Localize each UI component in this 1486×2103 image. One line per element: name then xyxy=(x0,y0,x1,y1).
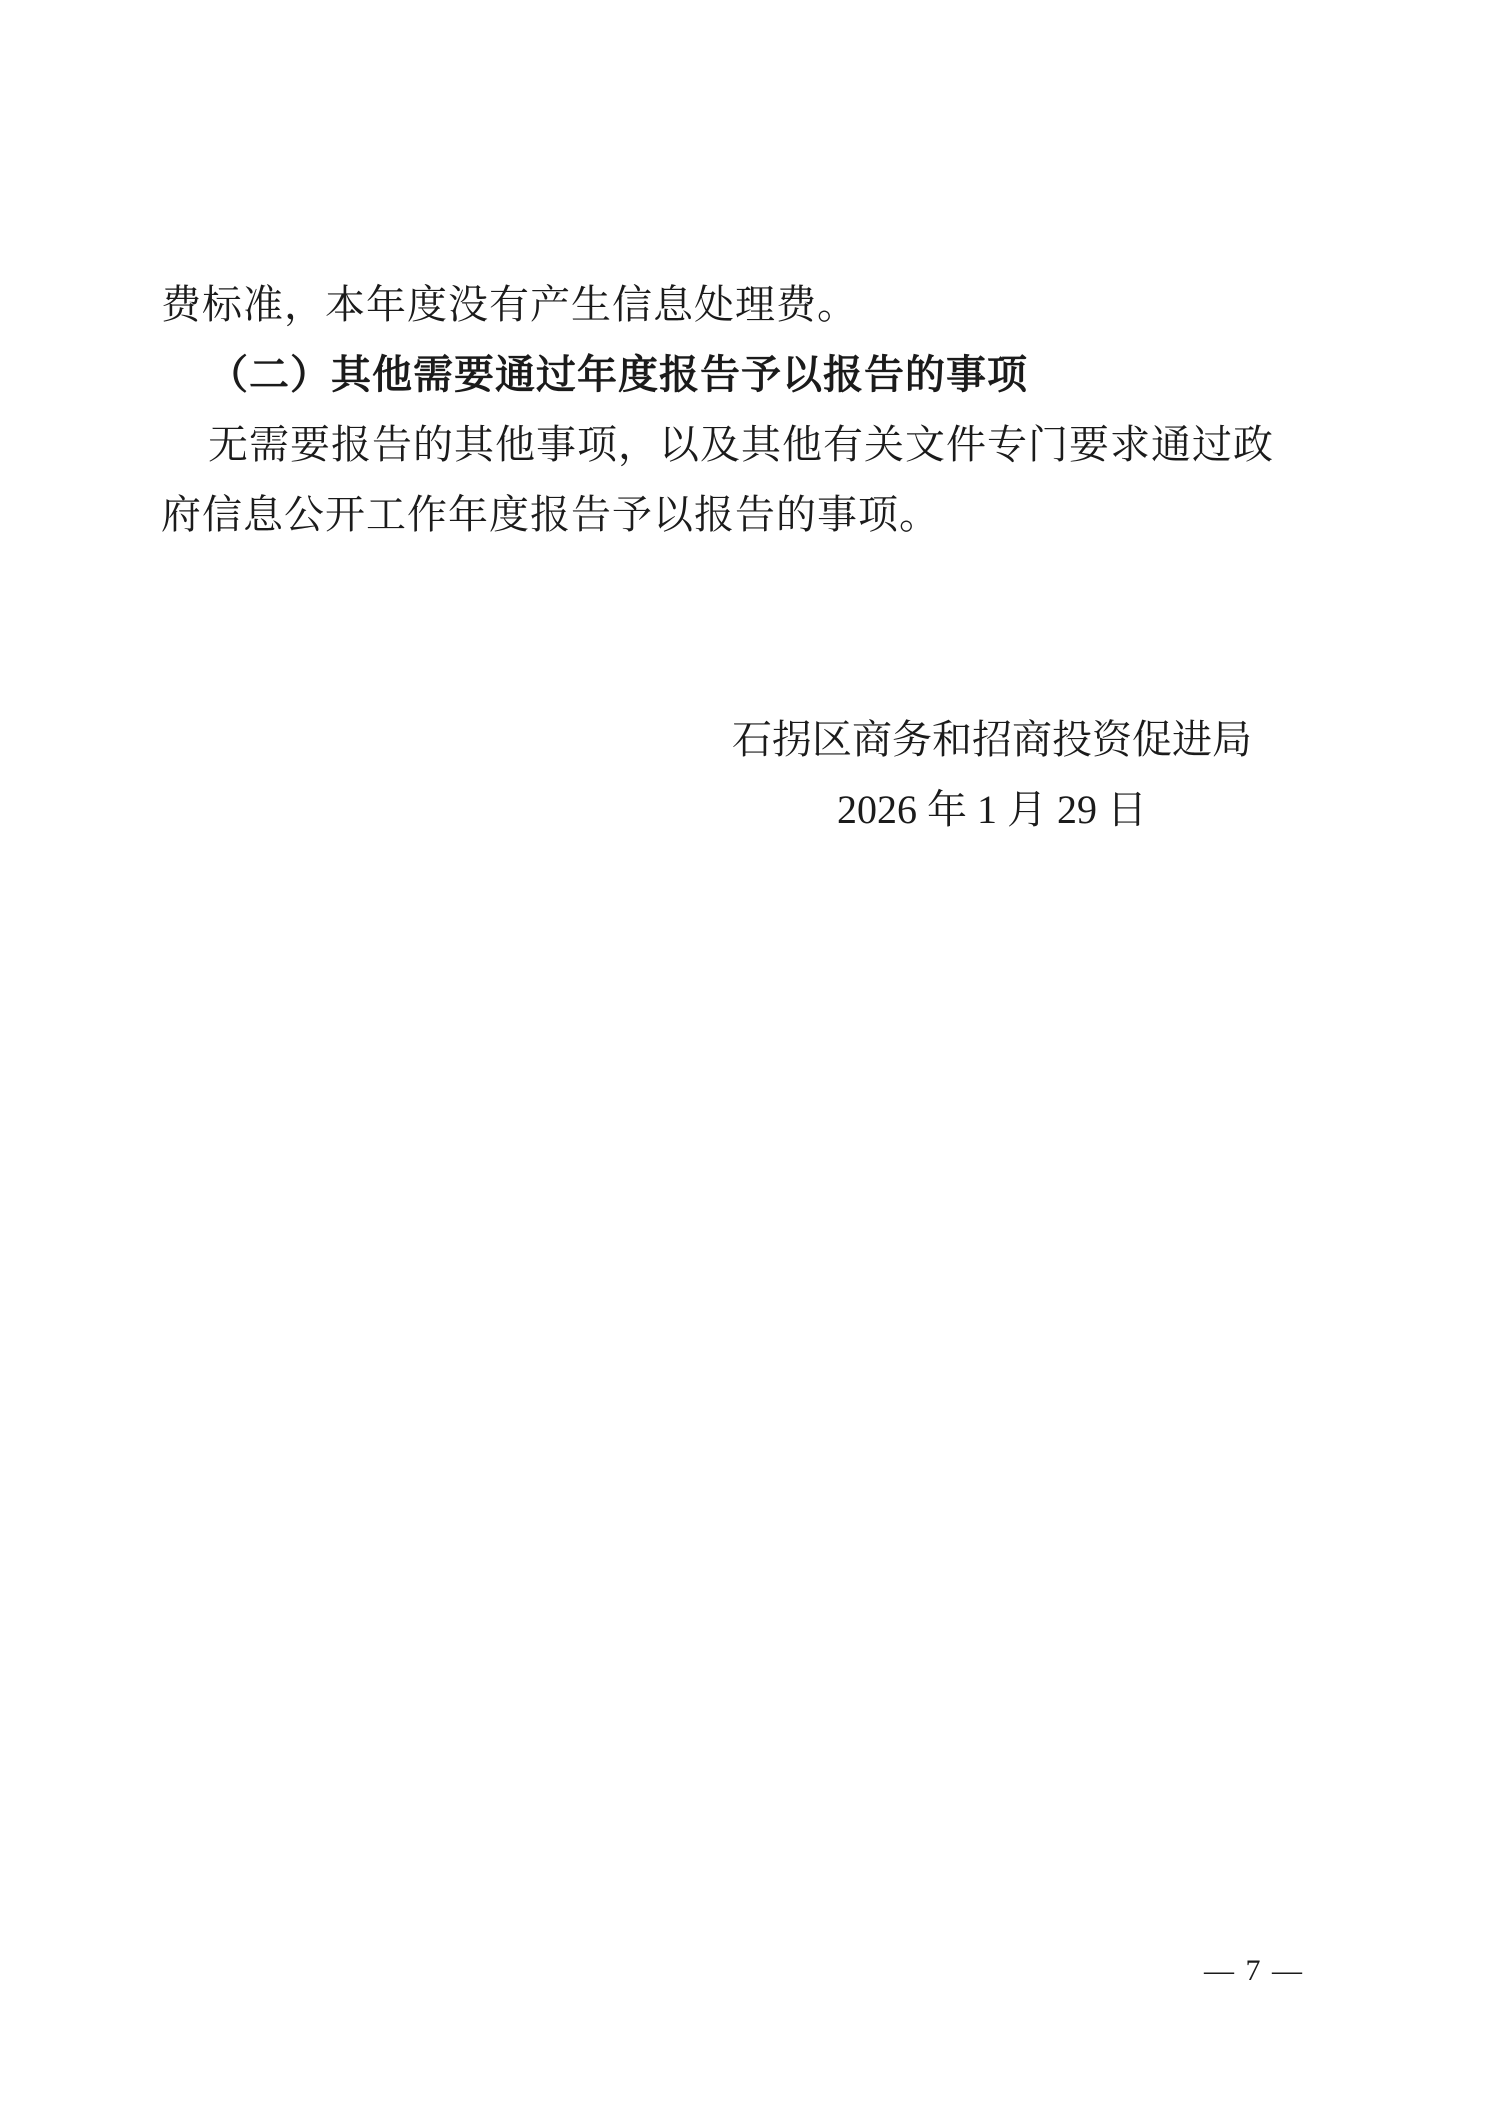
document-page: 费标准，本年度没有产生信息处理费。 （二）其他需要通过年度报告予以报告的事项 无… xyxy=(0,0,1486,2103)
issue-date: 2026 年 1 月 29 日 xyxy=(732,775,1252,845)
paragraph-line-2: 府信息公开工作年度报告予以报告的事项。 xyxy=(161,480,1346,550)
page-number: — 7 — xyxy=(1204,1952,1304,1990)
paragraph-continuation-line: 费标准，本年度没有产生信息处理费。 xyxy=(161,270,1346,340)
paragraph-line-1: 无需要报告的其他事项，以及其他有关文件专门要求通过政 xyxy=(161,410,1346,480)
signature-block: 石拐区商务和招商投资促进局 2026 年 1 月 29 日 xyxy=(732,705,1252,845)
agency-name: 石拐区商务和招商投资促进局 xyxy=(732,705,1252,775)
section-heading: （二）其他需要通过年度报告予以报告的事项 xyxy=(161,340,1346,410)
body-text: 费标准，本年度没有产生信息处理费。 （二）其他需要通过年度报告予以报告的事项 无… xyxy=(161,270,1346,845)
